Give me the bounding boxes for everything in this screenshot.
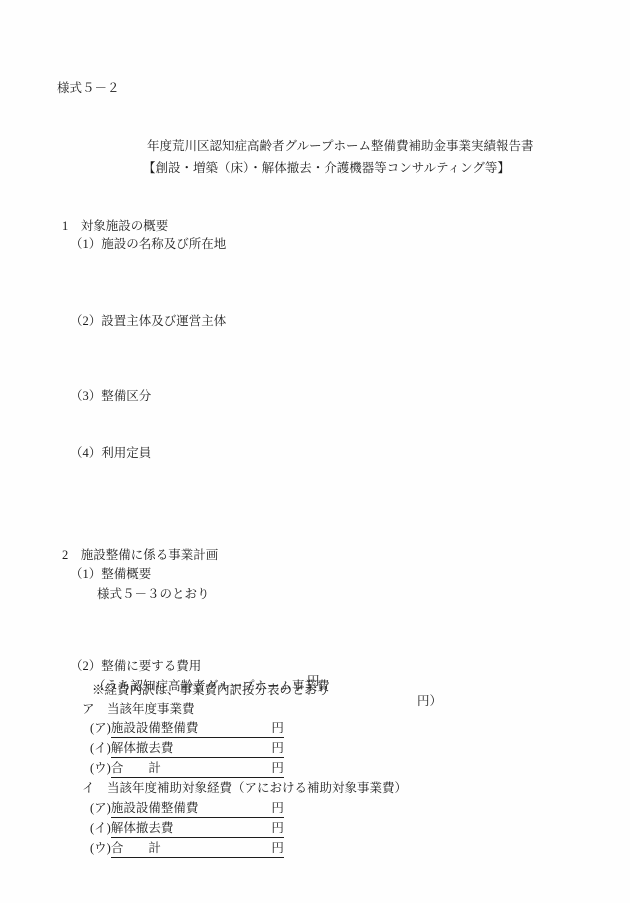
fee-row-underline: 施設設備整備費円 (111, 801, 284, 818)
section1-item-facility-name: （1）施設の名称及び所在地 (70, 237, 226, 252)
document-title-line2: 【創設・増築（床）・解体撤去・介護機器等コンサルティング等】 (143, 161, 510, 176)
fee-row-a-demolition: (イ)解体撤去費円 (90, 741, 284, 758)
fee-row-term: 施設設備整備費 (111, 801, 199, 816)
fee-row-term: 合 計 (111, 841, 161, 856)
fee-row-label: (ウ) (90, 841, 111, 856)
section1-item-operator: （2）設置主体及び運営主体 (70, 314, 226, 329)
section2-item-overview: （1）整備概要 (70, 567, 151, 582)
fee-row-label: (ア) (90, 721, 111, 736)
section1-heading: 1 対象施設の概要 (62, 219, 168, 234)
document-title-line1: 年度荒川区認知症高齢者グループホーム整備費補助金事業実績報告書 (147, 139, 534, 154)
fee-row-unit: 円 (271, 761, 284, 776)
section2-cost-note: ※経費内訳は、事業費内訳按分表のとおり (92, 683, 330, 698)
fee-row-i-demolition: (イ)解体撤去費円 (90, 821, 284, 838)
fee-row-term: 解体撤去費 (111, 741, 174, 756)
fee-row-term: 合 計 (111, 761, 161, 776)
document-page: 様式５－２ 年度荒川区認知症高齢者グループホーム整備費補助金事業実績報告書 【創… (0, 0, 630, 903)
section1-item-category: （3）整備区分 (70, 389, 151, 404)
fee-row-label: (ア) (90, 801, 111, 816)
fee-row-unit: 円 (271, 841, 284, 856)
block-a-heading: ア 当該年度事業費 (82, 702, 195, 717)
fee-row-underline: 合 計円 (111, 761, 284, 778)
fee-row-unit: 円 (271, 821, 284, 836)
fee-row-i-total: (ウ)合 計円 (90, 841, 284, 858)
block-i-heading: イ 当該年度補助対象経費（アにおける補助対象事業費） (82, 781, 407, 796)
fee-row-underline: 合 計円 (111, 841, 284, 858)
fee-row-unit: 円 (271, 801, 284, 816)
section2-overview-note: 様式５－３のとおり (97, 587, 210, 602)
section2-heading: 2 施設整備に係る事業計画 (62, 548, 218, 563)
fee-row-label: (ウ) (90, 761, 111, 776)
fee-row-underline: 施設設備整備費円 (111, 721, 284, 738)
fee-row-a-facility: (ア)施設設備整備費円 (90, 721, 284, 738)
section1-item-capacity: （4）利用定員 (70, 446, 151, 461)
fee-row-term: 解体撤去費 (111, 821, 174, 836)
fee-row-unit: 円 (271, 741, 284, 756)
fee-row-underline: 解体撤去費円 (111, 741, 284, 758)
fee-row-label: (イ) (90, 821, 111, 836)
fee-row-label: (イ) (90, 741, 111, 756)
fee-row-underline: 解体撤去費円 (111, 821, 284, 838)
fee-row-a-total: (ウ)合 計円 (90, 761, 284, 778)
form-number: 様式５－２ (57, 81, 120, 96)
cost-sub-unit-yen: 円） (417, 694, 442, 709)
fee-row-unit: 円 (271, 721, 284, 736)
fee-row-i-facility: (ア)施設設備整備費円 (90, 801, 284, 818)
fee-row-term: 施設設備整備費 (111, 721, 199, 736)
